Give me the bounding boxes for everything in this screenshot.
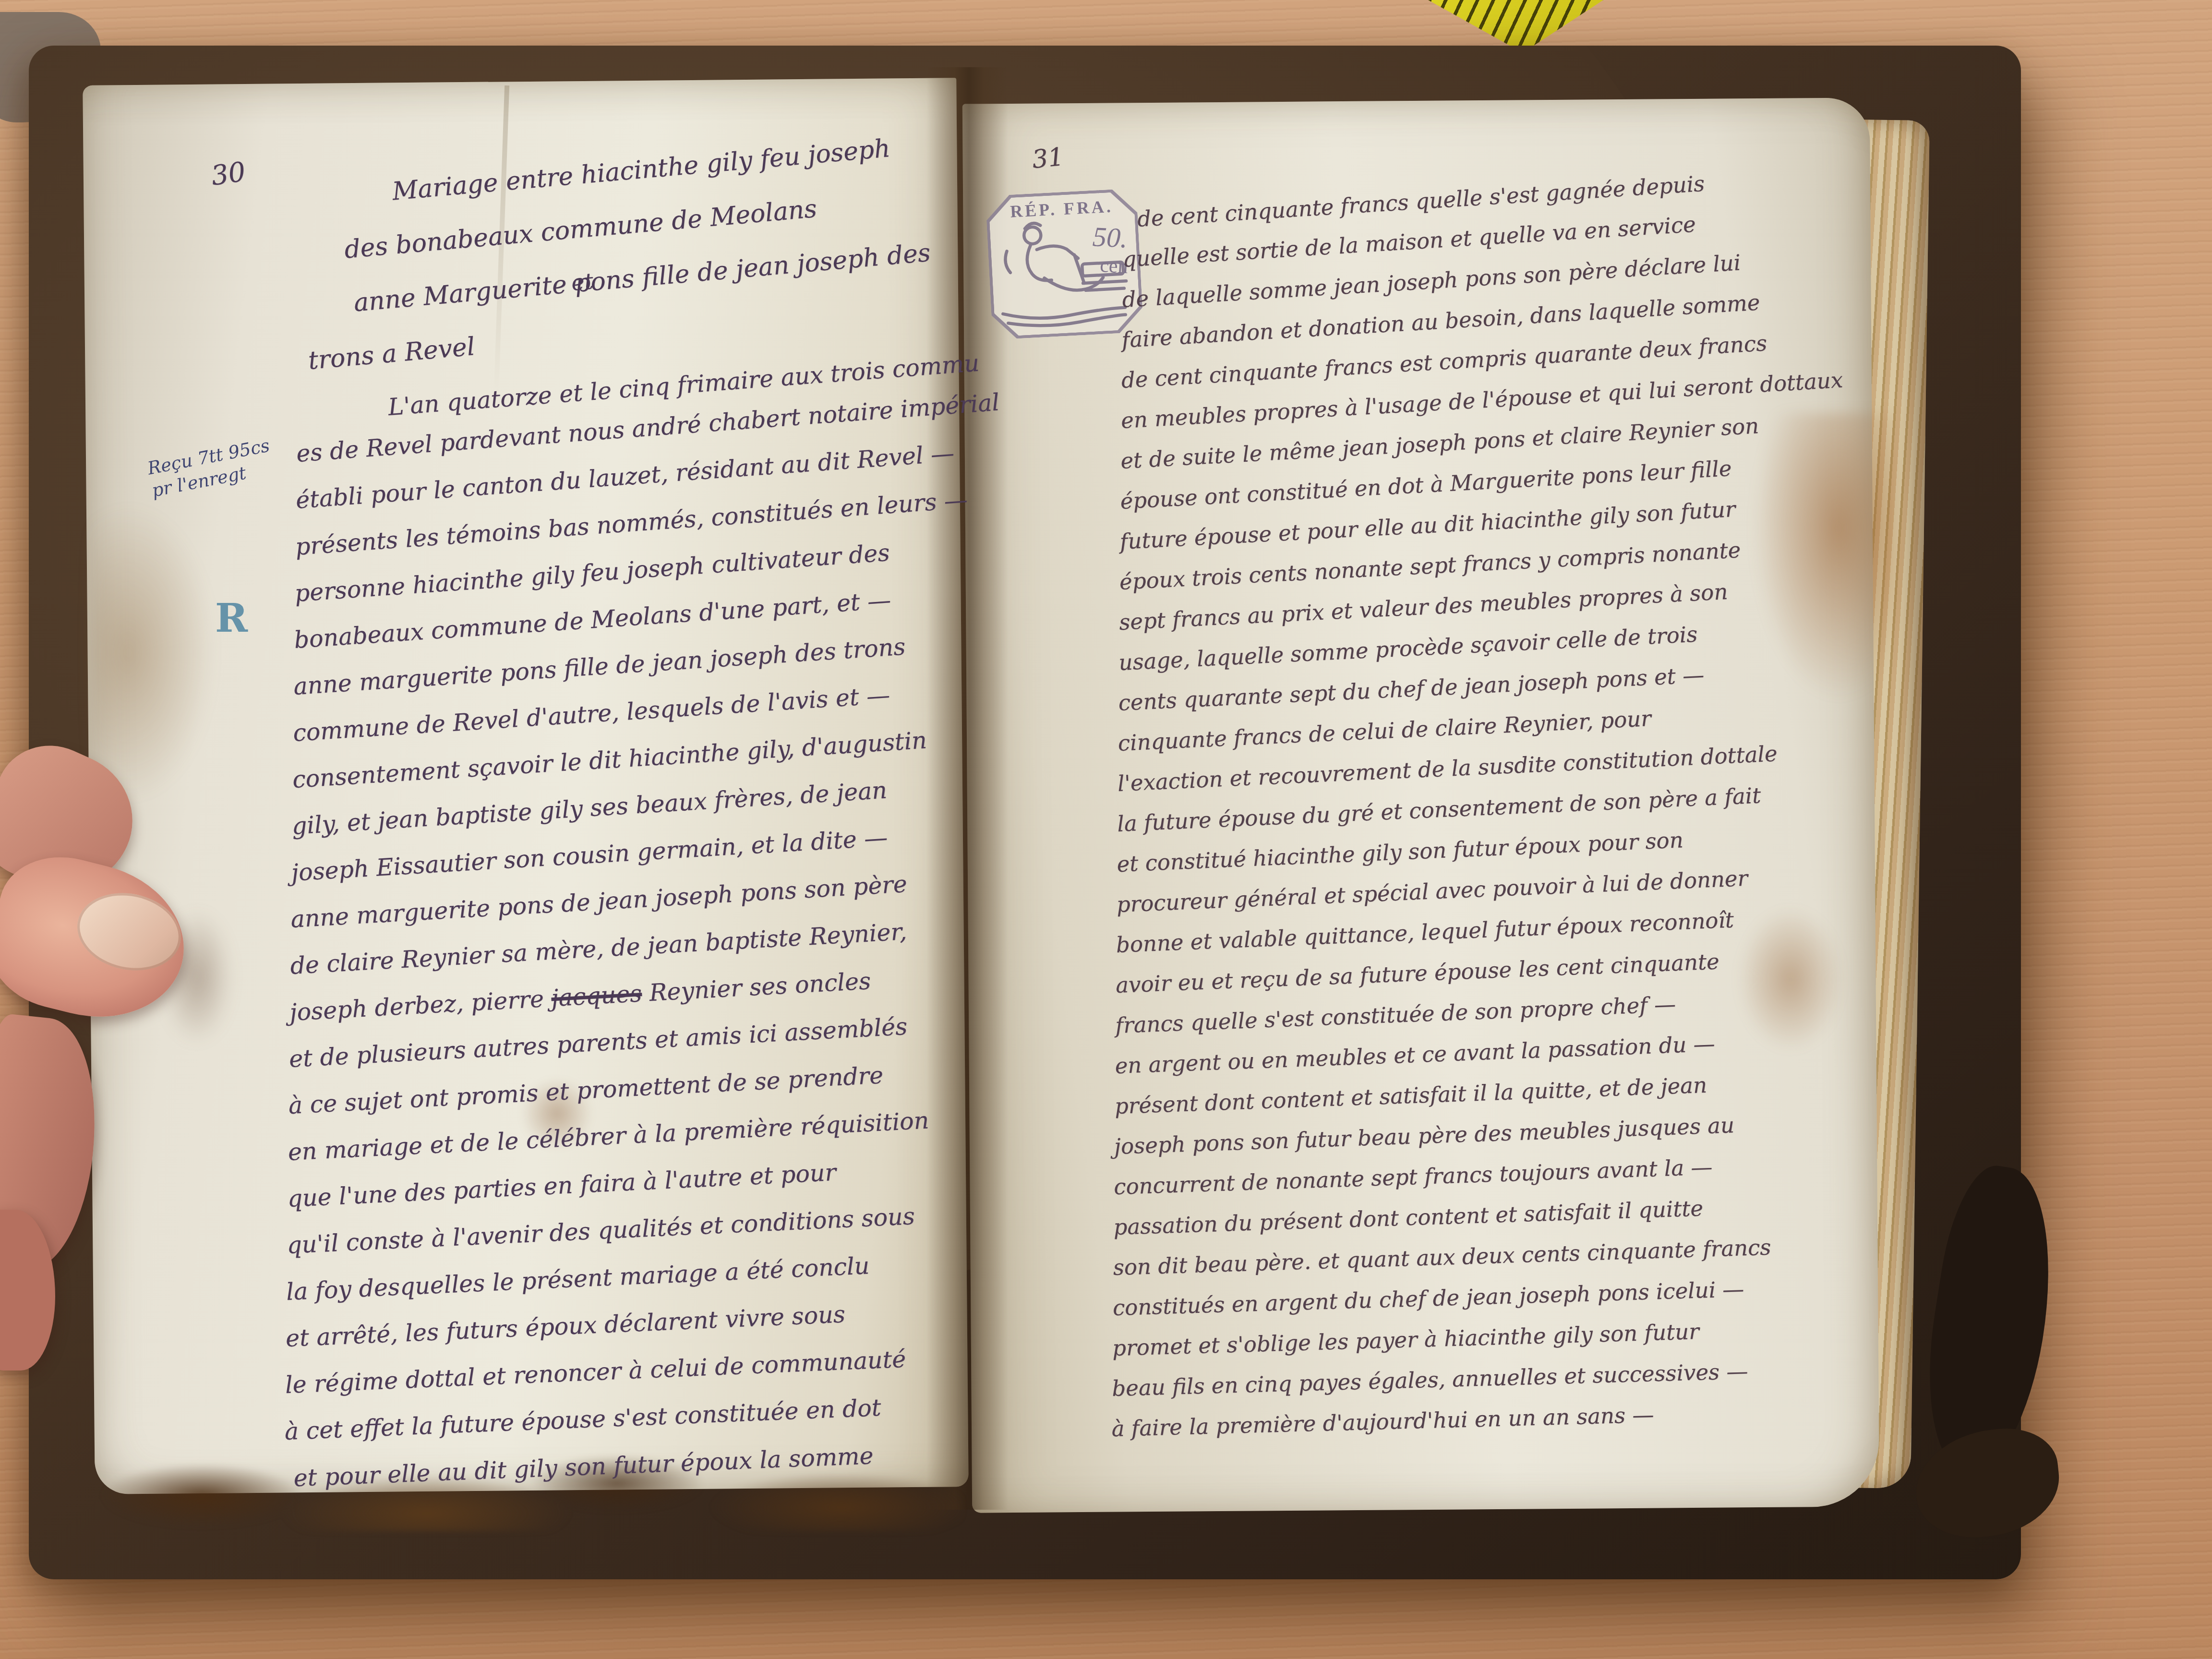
left-page-body-text: L'an quatorze et le cinq frimaire aux tr… bbox=[298, 394, 1002, 1511]
blue-letter-R-stamp: R bbox=[215, 595, 248, 641]
header-inserted-word: et bbox=[570, 268, 594, 296]
right-page-body-text: de cent cinquante francs quelle s'est ga… bbox=[1123, 206, 1846, 1456]
page-number-30: 30 bbox=[209, 156, 248, 192]
page-number-31: 31 bbox=[1031, 143, 1065, 175]
photo-of-open-manuscript-book: 30 Mariage entre hiacinthe gily feu jose… bbox=[0, 0, 2212, 1659]
revenue-stamp-50-centimes: RÉP. FRA. 50. cen bbox=[985, 188, 1143, 340]
left-page-stain bbox=[91, 504, 216, 802]
yellow-note-corner bbox=[1428, 0, 1603, 53]
